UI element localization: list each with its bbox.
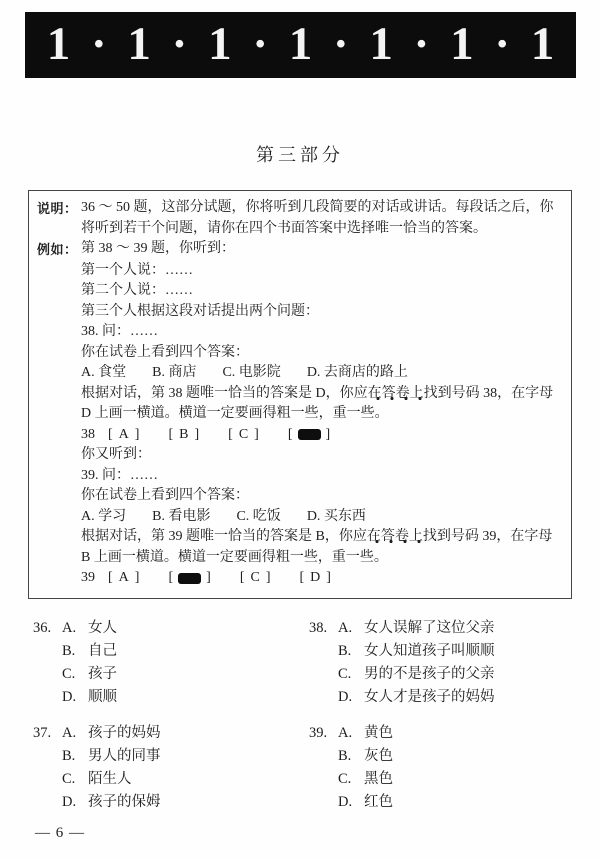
instruction-box: 说明： 36 ～ 50 题，这部分试题，你将听到几段简要的对话或讲话。每段话之后… — [28, 190, 572, 599]
question-option-row: B.自己 — [33, 640, 309, 663]
choice-letter: A — [113, 425, 135, 446]
option-letter: B. — [338, 745, 364, 768]
liru-text: 第 38 ～ 39 题，你听到： — [81, 239, 562, 261]
question-number: 39. — [309, 722, 338, 745]
option-text: 孩子的妈妈 — [88, 722, 309, 745]
answer-row-38: 38 [A] [B] [C] [] — [81, 425, 562, 446]
shuoming-label: 说明： — [37, 198, 81, 239]
shuoming-text: 36 ～ 50 题，这部分试题，你将听到几段简要的对话或讲话。每段话之后，你将听… — [81, 198, 562, 239]
choice-letter: A — [113, 568, 135, 589]
example-line: 39. 问：…… — [81, 466, 562, 487]
bracket-close: ] — [326, 425, 331, 446]
option-text: 男人的同事 — [88, 745, 309, 768]
header-strip: 1 · 1 · 1 · 1 · 1 · 1 · 1 — [25, 12, 576, 78]
question-option-row: D.红色 — [309, 791, 578, 814]
answer-choice-a: [A] — [108, 425, 139, 446]
example-option: D. 去商店的路上 — [307, 363, 408, 384]
option-letter: D. — [62, 791, 88, 814]
question-number: 38. — [309, 617, 338, 640]
option-letter: C. — [62, 768, 88, 791]
filled-answer-mark — [298, 429, 321, 440]
bracket-close: ] — [266, 568, 271, 589]
page-number: — 6 — — [35, 825, 85, 842]
explain-38-pre: 根据对话，第 38 题唯一恰当的答案是 D，你应 — [81, 386, 368, 401]
example-option: B. 商店 — [152, 363, 196, 384]
option-text: 女人 — [88, 617, 309, 640]
choice-letter: C — [244, 568, 265, 589]
section-title: 第三部分 — [0, 141, 600, 167]
example-option: D. 买东西 — [307, 507, 366, 528]
option-text: 自己 — [88, 640, 309, 663]
example-line: 第二个人说：…… — [81, 281, 562, 302]
explain-38: 根据对话，第 38 题唯一恰当的答案是 D，你应在答卷上找到号码 38，在字母 … — [81, 384, 562, 425]
option-text: 女人误解了这位父亲 — [364, 617, 578, 640]
question-option-row: C.黑色 — [309, 768, 578, 791]
example-option: C. 电影院 — [222, 363, 280, 384]
option-letter: D. — [338, 686, 364, 709]
option-text: 黄色 — [364, 722, 578, 745]
header-strip-text: 1 · 1 · 1 · 1 · 1 · 1 · 1 — [47, 17, 555, 71]
answer-choice-b-marked: [] — [168, 568, 210, 589]
answer-row-39: 39 [A] [] [C] [D] — [81, 568, 562, 589]
option-text: 顺顺 — [88, 686, 309, 709]
option-text: 陌生人 — [88, 768, 309, 791]
example-line: 你在试卷上看到四个答案： — [81, 343, 562, 364]
bracket-close: ] — [135, 568, 140, 589]
option-letter: B. — [62, 640, 88, 663]
question-option-row: B.灰色 — [309, 745, 578, 768]
question-37: 37.A.孩子的妈妈 B.男人的同事 C.陌生人 D.孩子的保姆 — [33, 722, 309, 814]
question-option-row: 36.A.女人 — [33, 617, 309, 640]
example-option: C. 吃饭 — [236, 507, 280, 528]
option-letter: C. — [338, 663, 364, 686]
filled-answer-mark — [178, 573, 201, 584]
question-number: 37. — [33, 722, 62, 745]
exam-page: 1 · 1 · 1 · 1 · 1 · 1 · 1 第三部分 说明： 36 ～ … — [0, 0, 600, 859]
option-letter: A. — [62, 617, 88, 640]
option-text: 黑色 — [364, 768, 578, 791]
question-38: 38.A.女人误解了这位父亲 B.女人知道孩子叫顺顺 C.男的不是孩子的父亲 D… — [309, 617, 578, 709]
bracket-close: ] — [135, 425, 140, 446]
option-text: 女人知道孩子叫顺顺 — [364, 640, 578, 663]
example-line: 第三个人根据这段对话提出两个问题： — [81, 302, 562, 323]
option-letter: A. — [338, 722, 364, 745]
explain-39: 根据对话，第 39 题唯一恰当的答案是 B，你应在答卷上找到号码 39，在字母 … — [81, 527, 562, 568]
option-text: 灰色 — [364, 745, 578, 768]
example-line: 38. 问：…… — [81, 322, 562, 343]
example-line: 你又听到： — [81, 445, 562, 466]
question-number: 36. — [33, 617, 62, 640]
explain-39-emphasized: 在答卷上 — [367, 529, 423, 544]
example-options-39: A. 学习 B. 看电影 C. 吃饭 D. 买东西 — [81, 507, 562, 528]
question-option-row: D.顺顺 — [33, 686, 309, 709]
bracket-close: ] — [254, 425, 259, 446]
question-36: 36.A.女人 B.自己 C.孩子 D.顺顺 — [33, 617, 309, 709]
answer-choice-a: [A] — [108, 568, 139, 589]
question-option-row: C.孩子 — [33, 663, 309, 686]
option-text: 女人才是孩子的妈妈 — [364, 686, 578, 709]
question-option-row: 37.A.孩子的妈妈 — [33, 722, 309, 745]
answer-row-number: 39 — [81, 568, 95, 589]
liru-row: 例如： 第 38 ～ 39 题，你听到： — [37, 239, 562, 261]
option-text: 男的不是孩子的父亲 — [364, 663, 578, 686]
bracket-open: [ — [288, 425, 293, 446]
explain-39-pre: 根据对话，第 39 题唯一恰当的答案是 B，你应 — [81, 529, 367, 544]
example-option: A. 学习 — [81, 507, 126, 528]
bracket-close: ] — [194, 425, 199, 446]
choice-letter: D — [304, 568, 326, 589]
question-option-row: D.女人才是孩子的妈妈 — [309, 686, 578, 709]
question-option-row: B.女人知道孩子叫顺顺 — [309, 640, 578, 663]
choice-letter: C — [233, 425, 254, 446]
question-option-row: C.陌生人 — [33, 768, 309, 791]
choice-letter: B — [173, 425, 194, 446]
option-letter: D. — [338, 791, 364, 814]
option-letter: C. — [338, 768, 364, 791]
question-option-row: C.男的不是孩子的父亲 — [309, 663, 578, 686]
question-39: 39.A.黄色 B.灰色 C.黑色 D.红色 — [309, 722, 578, 814]
shuoming-row: 说明： 36 ～ 50 题，这部分试题，你将听到几段简要的对话或讲话。每段话之后… — [37, 198, 562, 239]
example-options-38: A. 食堂 B. 商店 C. 电影院 D. 去商店的路上 — [81, 363, 562, 384]
option-letter: A. — [62, 722, 88, 745]
answer-choice-c: [C] — [240, 568, 271, 589]
question-option-row: 39.A.黄色 — [309, 722, 578, 745]
answer-choice-c: [C] — [228, 425, 259, 446]
option-text: 孩子的保姆 — [88, 791, 309, 814]
example-option: A. 食堂 — [81, 363, 126, 384]
explain-38-emphasized: 在答卷上 — [368, 386, 424, 401]
question-option-row: B.男人的同事 — [33, 745, 309, 768]
option-letter: C. — [62, 663, 88, 686]
option-letter: D. — [62, 686, 88, 709]
liru-label: 例如： — [37, 239, 81, 261]
answer-choice-d-marked: [] — [288, 425, 330, 446]
bracket-open: [ — [168, 568, 173, 589]
option-letter: B. — [62, 745, 88, 768]
question-option-row: D.孩子的保姆 — [33, 791, 309, 814]
question-option-row: 38.A.女人误解了这位父亲 — [309, 617, 578, 640]
answer-choice-b: [B] — [168, 425, 199, 446]
option-letter: A. — [338, 617, 364, 640]
option-text: 孩子 — [88, 663, 309, 686]
example-option: B. 看电影 — [152, 507, 210, 528]
questions-grid: 36.A.女人 B.自己 C.孩子 D.顺顺 38.A.女人误解了这位父亲 B.… — [33, 617, 578, 814]
option-letter: B. — [338, 640, 364, 663]
bracket-close: ] — [326, 568, 331, 589]
option-text: 红色 — [364, 791, 578, 814]
answer-choice-d: [D] — [300, 568, 331, 589]
bracket-close: ] — [206, 568, 211, 589]
answer-row-number: 38 — [81, 425, 95, 446]
example-line: 你在试卷上看到四个答案： — [81, 486, 562, 507]
example-line: 第一个人说：…… — [81, 261, 562, 282]
